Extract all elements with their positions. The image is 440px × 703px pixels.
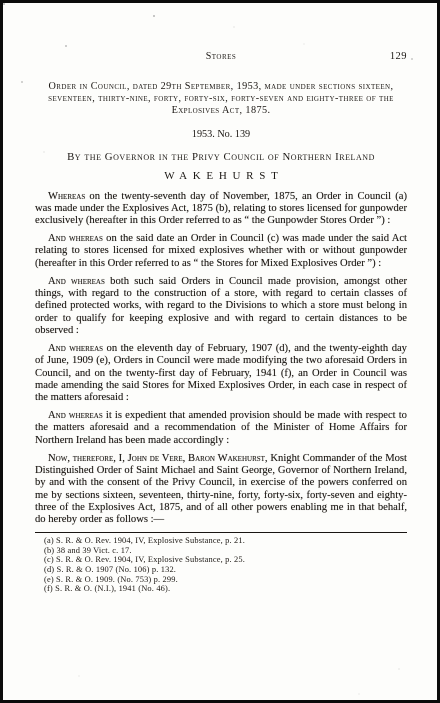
page-number: 129 [236,51,407,62]
paragraph: And whereas on the said date an Order in… [35,233,407,270]
running-header-row: Stores 129 [35,51,407,62]
order-number: 1953. No. 139 [35,129,407,140]
signatory-name: WAKEHURST [35,170,407,182]
page-content: Stores 129 Order in Council, dated 29th … [3,3,437,700]
footnote-rule [35,532,407,533]
paragraph: And whereas it is expedient that amended… [35,410,407,447]
small-caps-text: And whereas [48,343,103,354]
small-caps-text: Now, therefore [48,453,113,464]
paragraph: Now, therefore, I, John de Vere, Baron W… [35,453,407,527]
footnote: (d) S. R. & O. 1907 (No. 106) p. 132. [44,565,407,575]
small-caps-text: John de Vere, Baron Wakehurst [128,453,265,464]
footnote: (f) S. R. & O. (N.I.), 1941 (No. 46). [44,584,407,594]
paragraph: Whereas on the twenty-seventh day of Nov… [35,191,407,228]
paragraphs: Whereas on the twenty-seventh day of Nov… [35,191,407,527]
footnote: (a) S. R. & O. Rev. 1904, IV, Explosive … [44,536,407,546]
footnotes: (a) S. R. & O. Rev. 1904, IV, Explosive … [35,536,407,594]
document-title: Order in Council, dated 29th September, … [35,81,407,118]
authority-line: By the Governor in the Privy Council of … [35,151,407,163]
small-caps-text: Whereas [48,191,85,202]
paragraph: And whereas on the eleventh day of Febru… [35,343,407,405]
footnote: (e) S. R. & O. 1909. (No. 753) p. 299. [44,575,407,585]
footnote: (c) S. R. & O. Rev. 1904, IV, Explosive … [44,555,407,565]
running-header: Stores [206,51,236,62]
paragraph: And whereas both such said Orders in Cou… [35,276,407,338]
footnote: (b) 38 and 39 Vict. c. 17. [44,546,407,556]
body-text: on the twenty-seventh day of November, 1… [35,191,407,227]
small-caps-text: And whereas [48,410,103,421]
small-caps-text: And whereas [48,276,105,287]
body-text: , I, [113,453,127,464]
scanned-page: Stores 129 Order in Council, dated 29th … [0,0,440,703]
small-caps-text: And whereas [48,233,103,244]
